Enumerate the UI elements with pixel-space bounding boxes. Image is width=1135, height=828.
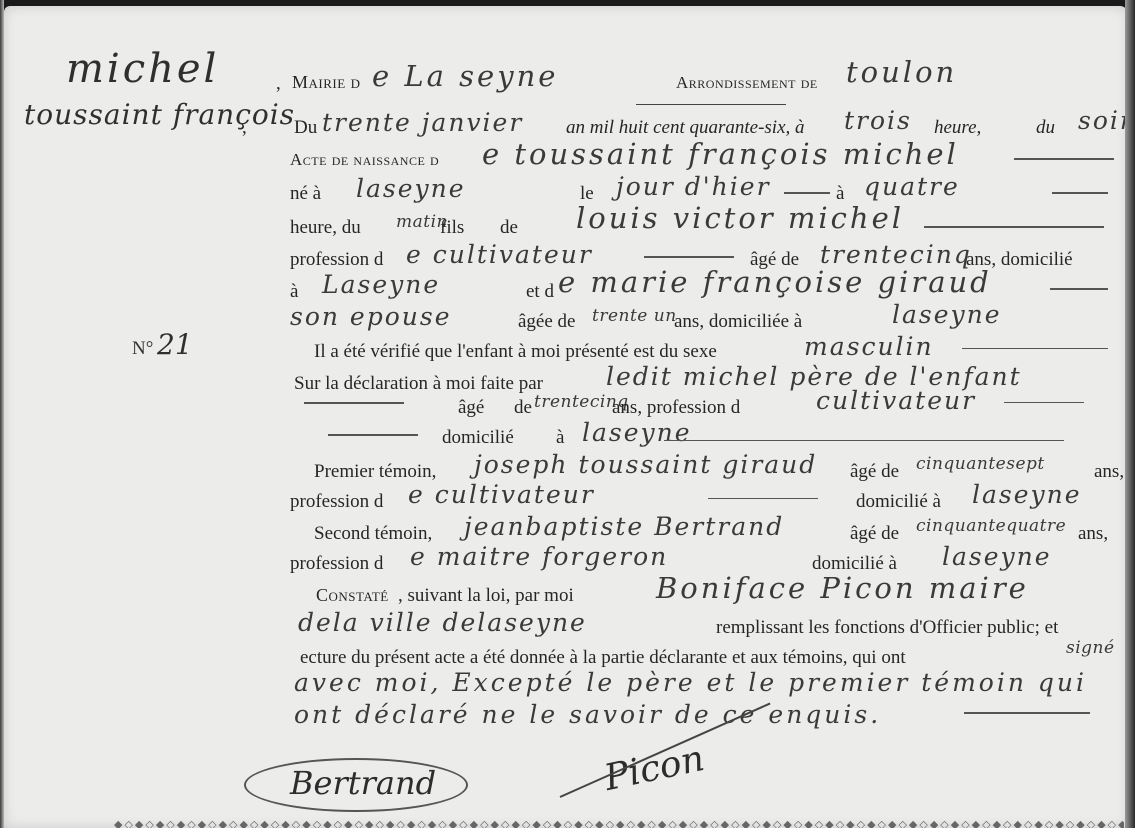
arrondissement-label: Arrondissement de [676, 74, 818, 91]
filler-line [304, 402, 404, 404]
margin-given-names: toussaint françois [24, 98, 295, 131]
sex-value: masculin [804, 334, 934, 359]
witness1-age: cinquantesept [916, 456, 1045, 473]
heure-label: heure, du [290, 218, 361, 237]
witness2-prof-label: profession d [290, 554, 383, 573]
declarant-profession: cultivateur [816, 388, 976, 413]
mother-relation: son epouse [290, 304, 452, 329]
witness2-profession: e maitre forgeron [410, 544, 668, 569]
declaration-text: Sur la déclaration à moi faite par [294, 374, 543, 393]
verification-text: Il a été vérifié que l'enfant à moi prés… [314, 342, 717, 361]
filler-line [1004, 402, 1084, 403]
profession-label-1: profession d [290, 250, 383, 269]
margin-comma-2: , [242, 118, 247, 137]
witness1-ans: ans, [1094, 462, 1124, 481]
date-prefix: Du [294, 118, 317, 137]
a-label-3: à [556, 428, 564, 447]
et-de-label: et d [526, 282, 554, 301]
period-value: soir [1078, 108, 1128, 133]
lecture-text: ecture du présent acte a été donnée à la… [300, 648, 906, 667]
ans-profession: ans, profession d [612, 398, 740, 417]
hour-label: heure, [934, 118, 981, 137]
header-underline [636, 104, 786, 105]
hour-value: trois [844, 108, 912, 133]
witness2-age-label: âgé de [850, 524, 899, 543]
period-label: du [1036, 118, 1055, 137]
mother-name: e marie françoise giraud [558, 268, 992, 297]
witness-signature: Bertrand [290, 764, 436, 802]
constate-text: , suivant la loi, par moi [398, 586, 574, 605]
year-text: an mil huit cent quarante-six, à [566, 118, 805, 137]
filler-line [328, 434, 418, 436]
page-edge-right [1125, 0, 1135, 828]
margin-surname: michel [66, 46, 219, 92]
de-label: de [500, 218, 518, 237]
father-name: louis victor michel [576, 204, 904, 233]
officer-name: Boniface Picon maire [656, 574, 1029, 603]
father-age: trentecinq [820, 242, 972, 267]
signed-word: signé [1066, 640, 1115, 657]
filler-line [1050, 288, 1108, 290]
witness2-name: jeanbaptiste Bertrand [464, 514, 784, 539]
witness1-prof-label: profession d [290, 492, 383, 511]
fils-label: fils [440, 218, 464, 237]
birth-day: jour d'hier [616, 174, 771, 199]
decorative-border: ◆◇◆◇◆◇◆◇◆◇◆◇◆◇◆◇◆◇◆◇◆◇◆◇◆◇◆◇◆◇◆◇◆◇◆◇◆◇◆◇… [114, 818, 1124, 828]
record-number: 21 [157, 328, 193, 361]
a-label-2: à [290, 282, 298, 301]
domicilie-label: domicilié [442, 428, 514, 447]
filler-line [784, 192, 830, 194]
closing-line-1: avec moi, Excepté le père et le premier … [294, 670, 1087, 695]
date-value: trente janvier [322, 110, 523, 135]
filler-line [962, 348, 1108, 349]
child-name: e toussaint françois michel [482, 140, 959, 169]
officer-role-text: remplissant les fonctions d'Officier pub… [716, 618, 1058, 637]
father-residence: Laseyne [322, 272, 440, 297]
father-profession: e cultivateur [406, 242, 593, 267]
arrondissement-value: toulon [846, 58, 957, 87]
filler-line [1014, 158, 1114, 160]
filler-line [1052, 192, 1108, 194]
agee-label: âgée de [518, 312, 575, 331]
witness1-name: joseph toussaint giraud [474, 452, 817, 477]
mayor-signature: Picon [601, 738, 708, 799]
age-label-2: âgé [458, 398, 484, 417]
witness2-label: Second témoin, [314, 524, 432, 543]
mother-age: trente un [592, 308, 677, 325]
witness1-age-label: âgé de [850, 462, 899, 481]
filler-line [708, 498, 818, 499]
mairie-label: Mairie d [292, 73, 361, 91]
witness1-dom-label: domicilié à [856, 492, 941, 511]
filler-line [664, 440, 1064, 441]
ans-domiciliee: ans, domiciliée à [674, 312, 802, 331]
mother-residence: laseyne [892, 302, 1002, 327]
witness1-residence: laseyne [972, 482, 1082, 507]
filler-line [924, 226, 1104, 228]
witness2-age: cinquantequatre [916, 518, 1066, 535]
witness1-label: Premier témoin, [314, 462, 436, 481]
declarant-residence: laseyne [582, 420, 692, 445]
de-label-2: de [514, 398, 532, 417]
filler-line [964, 712, 1090, 714]
acte-label: Acte de naissance d [290, 151, 439, 168]
mairie-value: e La seyne [372, 62, 558, 91]
constate-label: Constaté [316, 586, 389, 604]
document-page: michel toussaint françois , , N° 21 Mair… [4, 6, 1128, 828]
margin-comma-1: , [276, 74, 281, 93]
officer-town: dela ville delaseyne [298, 610, 587, 635]
page-edge-left [0, 0, 4, 828]
birth-hour: quatre [864, 174, 960, 199]
closing-line-2: ont déclaré ne le savoir de ce enquis. [294, 702, 881, 727]
witness1-profession: e cultivateur [408, 482, 595, 507]
ne-label: né à [290, 184, 321, 203]
filler-line [644, 256, 734, 258]
witness2-residence: laseyne [942, 544, 1052, 569]
record-number-label: N° [132, 338, 153, 360]
birth-place: laseyne [356, 176, 466, 201]
witness2-ans: ans, [1078, 524, 1108, 543]
